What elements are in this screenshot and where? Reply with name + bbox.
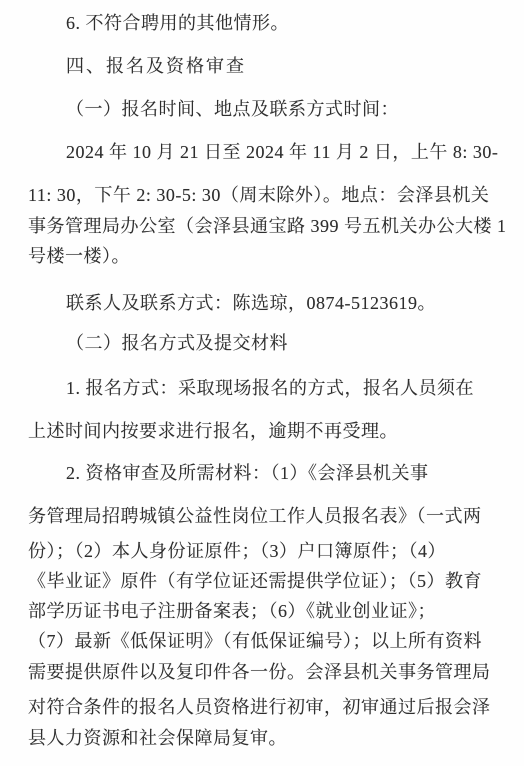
item-2-materials-line-2: 务管理局招聘城镇公益性岗位工作人员报名表》（一式两	[28, 505, 510, 528]
registration-time-line-1: 2024 年 10 月 21 日至 2024 年 11 月 2 日，上午 8: …	[28, 141, 524, 164]
item-2-materials-line-9: 县人力资源和社会保障局复审。	[28, 727, 510, 750]
item-2-materials-line-1: 2. 资格审查及所需材料：（1）《会泽县机关事	[28, 462, 524, 485]
registration-location-line-2: 号楼一楼）。	[28, 245, 510, 268]
item-2-materials-line-4: 《毕业证》原件（有学位证还需提供学位证）；（5）教育	[28, 570, 510, 593]
document-page: 6. 不符合聘用的其他情形。 四、报名及资格审查 （一）报名时间、地点及联系方式…	[0, 0, 524, 766]
item-2-materials-line-7: 需要提供原件以及复印件各一份。会泽县机关事务管理局	[28, 661, 510, 684]
subsection-1-heading: （一）报名时间、地点及联系方式时间：	[28, 98, 524, 121]
item-2-materials-line-8: 对符合条件的报名人员资格进行初审，初审通过后报会泽	[28, 696, 510, 719]
item-2-materials-line-3: 份）；（2）本人身份证原件；（3）户口簿原件；（4）	[28, 540, 510, 563]
section-4-heading: 四、报名及资格审查	[28, 55, 524, 78]
item-1-method-line-2: 上述时间内按要求进行报名，逾期不再受理。	[28, 420, 510, 443]
item-1-method-line-1: 1. 报名方式：采取现场报名的方式，报名人员须在	[28, 377, 524, 400]
registration-time-line-2: 11: 30，下午 2: 30-5: 30（周末除外）。地点：会泽县机关	[28, 184, 510, 207]
clause-6-line: 6. 不符合聘用的其他情形。	[28, 12, 524, 35]
registration-location-line-1: 事务管理局办公室（会泽县通宝路 399 号五机关办公大楼 1	[28, 215, 510, 238]
subsection-2-heading: （二）报名方式及提交材料	[28, 332, 524, 355]
contact-line: 联系人及联系方式：陈选琼，0874-5123619。	[28, 292, 524, 315]
item-2-materials-line-6: （7）最新《低保证明》（有低保证编号）；以上所有资料	[28, 630, 510, 653]
item-2-materials-line-5: 部学历证书电子注册备案表；（6）《就业创业证》；	[28, 600, 510, 623]
